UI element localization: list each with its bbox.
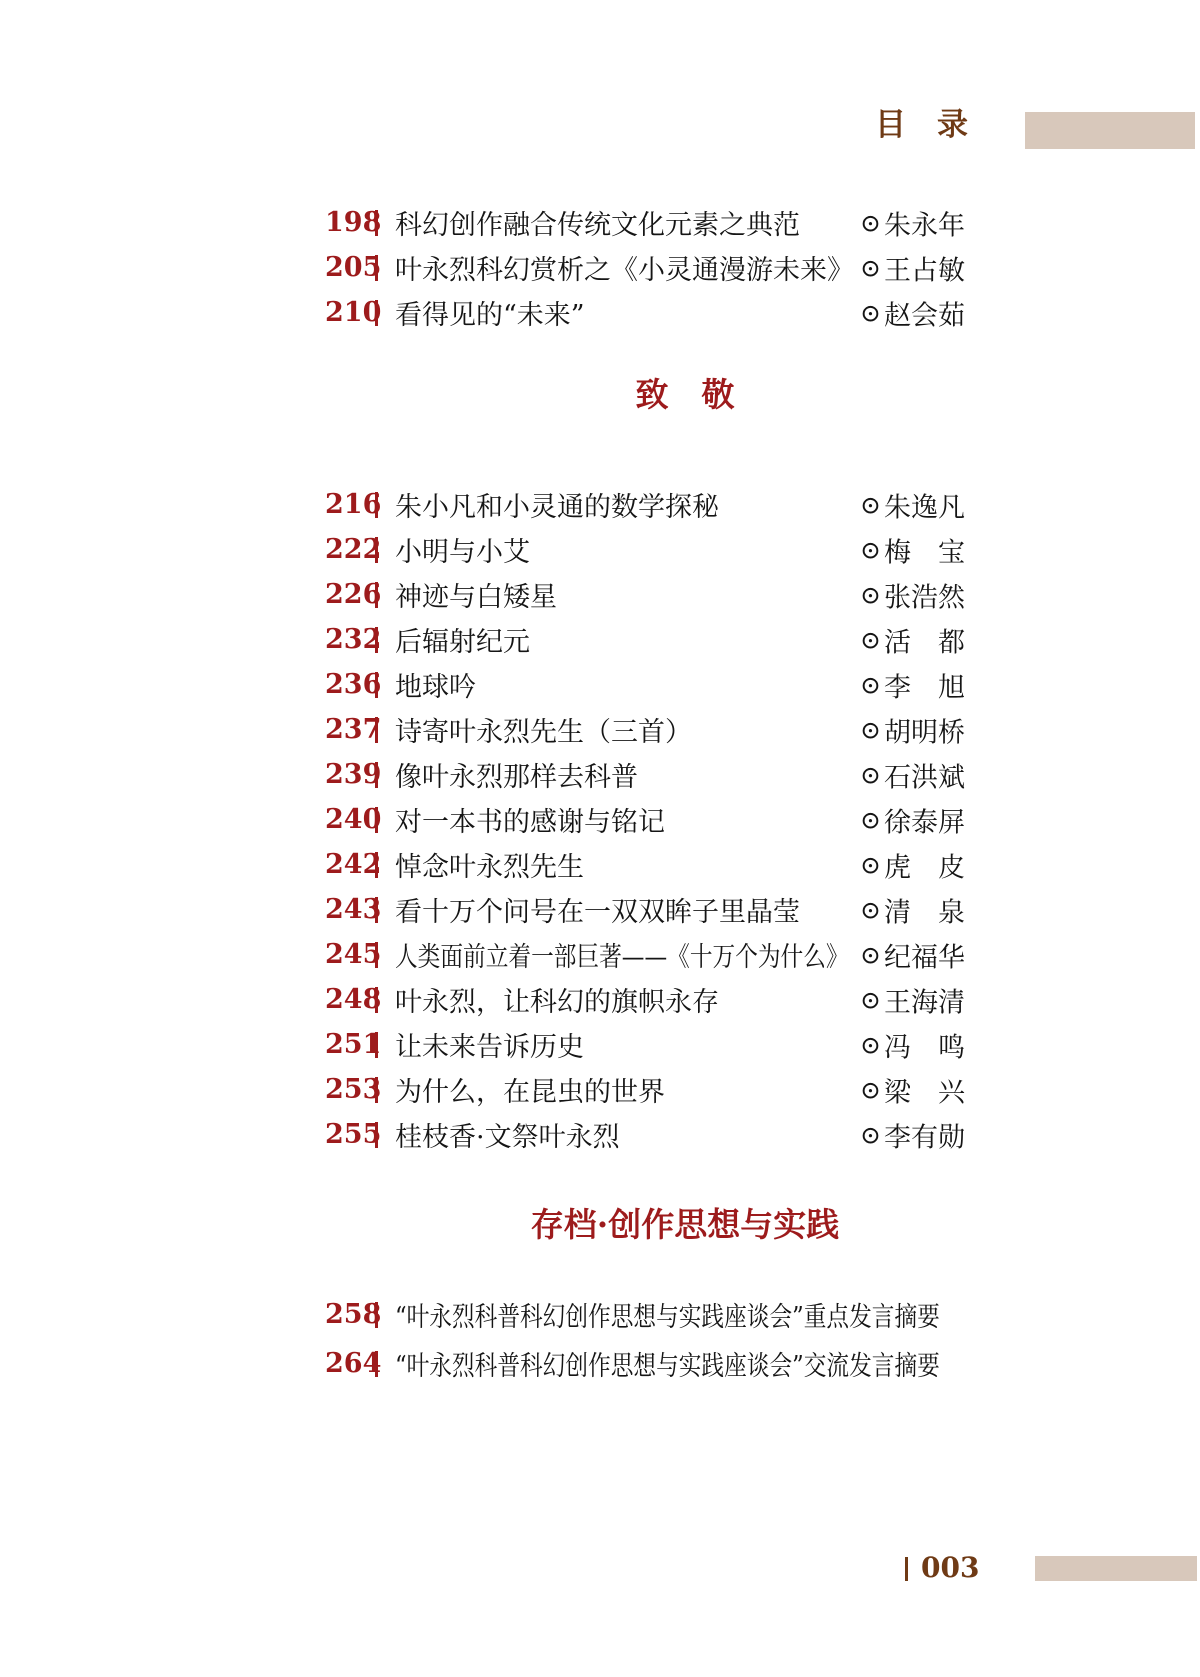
entry-title: 叶永烈科幻赏析之《小灵通漫游未来》	[395, 248, 854, 287]
author-bullet-icon: ⊙	[860, 492, 881, 517]
entry-page-number: 232	[325, 624, 375, 655]
entry-author: ⊙王占敏	[860, 248, 965, 287]
entry-separator-bar	[375, 852, 378, 878]
entry-title: 像叶永烈那样去科普	[395, 755, 638, 794]
entry-separator-bar	[375, 582, 378, 608]
entry-author: ⊙活 都	[860, 620, 965, 659]
entry-page-number: 243	[325, 894, 375, 925]
entry-title: 朱小凡和小灵通的数学探秘	[395, 485, 719, 524]
author-bullet-icon: ⊙	[860, 852, 881, 877]
toc-list: 198科幻创作融合传统文化元素之典范⊙朱永年205叶永烈科幻赏析之《小灵通漫游未…	[325, 0, 965, 1388]
entry-author-name: 王海清	[884, 980, 965, 1019]
author-bullet-icon: ⊙	[860, 942, 881, 967]
entry-separator-bar	[375, 717, 378, 743]
entry-title: “叶永烈科普科幻创作思想与实践座谈会”重点发言摘要	[395, 1295, 940, 1334]
entry-title: 神迹与白矮星	[395, 575, 557, 614]
entry-page-number: 210	[325, 297, 375, 328]
entry-page-number: 255	[325, 1119, 375, 1150]
entry-page-number: 242	[325, 849, 375, 880]
entry-title: 看得见的“未来”	[395, 293, 585, 332]
entry-title: 人类面前立着一部巨著——《十万个为什么》	[395, 935, 849, 974]
toc-entry: 205叶永烈科幻赏析之《小灵通漫游未来》⊙王占敏	[325, 245, 965, 290]
entry-author-name: 徐泰屏	[884, 800, 965, 839]
entry-author-name: 王占敏	[884, 248, 965, 287]
toc-entry: 264“叶永烈科普科幻创作思想与实践座谈会”交流发言摘要	[325, 1339, 965, 1388]
toc-entry: 258“叶永烈科普科幻创作思想与实践座谈会”重点发言摘要	[325, 1290, 965, 1339]
author-bullet-icon: ⊙	[860, 897, 881, 922]
entry-page-number: 239	[325, 759, 375, 790]
entry-separator-bar	[375, 210, 378, 236]
entry-separator-bar	[375, 672, 378, 698]
entry-separator-bar	[375, 537, 378, 563]
author-bullet-icon: ⊙	[860, 1032, 881, 1057]
entry-author: ⊙石洪斌	[860, 755, 965, 794]
entry-author-name: 清 泉	[884, 890, 965, 929]
entry-title: 让未来告诉历史	[395, 1025, 584, 1064]
entry-page-number: 237	[325, 714, 375, 745]
toc-section-group: 258“叶永烈科普科幻创作思想与实践座谈会”重点发言摘要264“叶永烈科普科幻创…	[325, 1290, 965, 1388]
entry-title: “叶永烈科普科幻创作思想与实践座谈会”交流发言摘要	[395, 1344, 940, 1383]
toc-entry: 198科幻创作融合传统文化元素之典范⊙朱永年	[325, 200, 965, 245]
toc-entry: 226神迹与白矮星⊙张浩然	[325, 572, 965, 617]
entry-separator-bar	[375, 942, 378, 968]
entry-author: ⊙李有勋	[860, 1115, 965, 1154]
toc-entry: 248叶永烈，让科幻的旗帜永存⊙王海清	[325, 977, 965, 1022]
entry-page-number: 245	[325, 939, 375, 970]
entry-author-name: 李 旭	[884, 665, 965, 704]
toc-entry: 255桂枝香·文祭叶永烈⊙李有勋	[325, 1112, 965, 1157]
toc-entry: 236地球吟⊙李 旭	[325, 662, 965, 707]
author-bullet-icon: ⊙	[860, 537, 881, 562]
entry-separator-bar	[375, 1351, 378, 1377]
entry-title: 看十万个问号在一双双眸子里晶莹	[395, 890, 800, 929]
entry-separator-bar	[375, 492, 378, 518]
toc-entry: 251让未来告诉历史⊙冯 鸣	[325, 1022, 965, 1067]
entry-separator-bar	[375, 255, 378, 281]
entry-title: 诗寄叶永烈先生（三首）	[395, 710, 692, 749]
author-bullet-icon: ⊙	[860, 1122, 881, 1147]
entry-separator-bar	[375, 897, 378, 923]
entry-title: 后辐射纪元	[395, 620, 530, 659]
entry-author-name: 胡明桥	[884, 710, 965, 749]
entry-page-number: 205	[325, 252, 375, 283]
toc-entry: 240对一本书的感谢与铭记⊙徐泰屏	[325, 797, 965, 842]
entry-author: ⊙王海清	[860, 980, 965, 1019]
entry-author: ⊙梅 宝	[860, 530, 965, 569]
entry-separator-bar	[375, 987, 378, 1013]
toc-entry: 243看十万个问号在一双双眸子里晶莹⊙清 泉	[325, 887, 965, 932]
entry-page-number: 198	[325, 207, 375, 238]
entry-page-number: 216	[325, 489, 375, 520]
entry-author-name: 朱永年	[884, 203, 965, 242]
entry-author: ⊙朱逸凡	[860, 485, 965, 524]
toc-section-group: 198科幻创作融合传统文化元素之典范⊙朱永年205叶永烈科幻赏析之《小灵通漫游未…	[325, 200, 965, 335]
entry-author: ⊙虎 皮	[860, 845, 965, 884]
entry-author: ⊙朱永年	[860, 203, 965, 242]
entry-author-name: 活 都	[884, 620, 965, 659]
toc-page: 目 录 198科幻创作融合传统文化元素之典范⊙朱永年205叶永烈科幻赏析之《小灵…	[0, 0, 1200, 1677]
toc-entry: 242悼念叶永烈先生⊙虎 皮	[325, 842, 965, 887]
entry-title: 对一本书的感谢与铭记	[395, 800, 665, 839]
entry-author-name: 虎 皮	[884, 845, 965, 884]
entry-page-number: 222	[325, 534, 375, 565]
entry-author: ⊙梁 兴	[860, 1070, 965, 1109]
toc-entry: 245人类面前立着一部巨著——《十万个为什么》⊙纪福华	[325, 932, 965, 977]
entry-page-number: 258	[325, 1299, 375, 1330]
entry-page-number: 253	[325, 1074, 375, 1105]
author-bullet-icon: ⊙	[860, 672, 881, 697]
author-bullet-icon: ⊙	[860, 1077, 881, 1102]
author-bullet-icon: ⊙	[860, 807, 881, 832]
toc-entry: 222小明与小艾⊙梅 宝	[325, 527, 965, 572]
entry-page-number: 251	[325, 1029, 375, 1060]
entry-title: 悼念叶永烈先生	[395, 845, 584, 884]
entry-author: ⊙李 旭	[860, 665, 965, 704]
toc-entry: 232后辐射纪元⊙活 都	[325, 617, 965, 662]
toc-section-group: 216朱小凡和小灵通的数学探秘⊙朱逸凡222小明与小艾⊙梅 宝226神迹与白矮星…	[325, 482, 965, 1157]
author-bullet-icon: ⊙	[860, 762, 881, 787]
author-bullet-icon: ⊙	[860, 300, 881, 325]
entry-author-name: 朱逸凡	[884, 485, 965, 524]
toc-entry: 237诗寄叶永烈先生（三首）⊙胡明桥	[325, 707, 965, 752]
entry-author-name: 梁 兴	[884, 1070, 965, 1109]
entry-separator-bar	[375, 627, 378, 653]
entry-title: 叶永烈，让科幻的旗帜永存	[395, 980, 719, 1019]
author-bullet-icon: ⊙	[860, 987, 881, 1012]
toc-entry: 253为什么，在昆虫的世界⊙梁 兴	[325, 1067, 965, 1112]
entry-author: ⊙胡明桥	[860, 710, 965, 749]
entry-separator-bar	[375, 807, 378, 833]
entry-separator-bar	[375, 1122, 378, 1148]
header-decorative-bar	[1025, 112, 1195, 149]
entry-page-number: 248	[325, 984, 375, 1015]
entry-title: 小明与小艾	[395, 530, 530, 569]
entry-author: ⊙纪福华	[860, 935, 965, 974]
author-bullet-icon: ⊙	[860, 210, 881, 235]
entry-separator-bar	[375, 1032, 378, 1058]
section-heading: 存档·创作思想与实践	[325, 1202, 965, 1248]
entry-author-name: 冯 鸣	[884, 1025, 965, 1064]
entry-title: 科幻创作融合传统文化元素之典范	[395, 203, 800, 242]
entry-page-number: 226	[325, 579, 375, 610]
entry-title: 桂枝香·文祭叶永烈	[395, 1115, 620, 1154]
footer-page-number: 003	[921, 1551, 979, 1585]
entry-author-name: 赵会茹	[884, 293, 965, 332]
entry-page-number: 240	[325, 804, 375, 835]
toc-entry: 216朱小凡和小灵通的数学探秘⊙朱逸凡	[325, 482, 965, 527]
entry-author-name: 张浩然	[884, 575, 965, 614]
author-bullet-icon: ⊙	[860, 627, 881, 652]
entry-title: 为什么，在昆虫的世界	[395, 1070, 665, 1109]
toc-entry: 239像叶永烈那样去科普⊙石洪斌	[325, 752, 965, 797]
entry-author-name: 梅 宝	[884, 530, 965, 569]
entry-author-name: 纪福华	[884, 935, 965, 974]
footer-decorative-bar	[1035, 1556, 1197, 1581]
entry-author: ⊙赵会茹	[860, 293, 965, 332]
toc-entry: 210看得见的“未来”⊙赵会茹	[325, 290, 965, 335]
entry-author: ⊙张浩然	[860, 575, 965, 614]
entry-separator-bar	[375, 300, 378, 326]
entry-author: ⊙冯 鸣	[860, 1025, 965, 1064]
entry-title: 地球吟	[395, 665, 476, 704]
entry-author-name: 石洪斌	[884, 755, 965, 794]
entry-separator-bar	[375, 1077, 378, 1103]
entry-author: ⊙清 泉	[860, 890, 965, 929]
footer-divider	[905, 1557, 908, 1581]
entry-page-number: 236	[325, 669, 375, 700]
section-heading: 致 敬	[325, 372, 965, 418]
author-bullet-icon: ⊙	[860, 582, 881, 607]
entry-author: ⊙徐泰屏	[860, 800, 965, 839]
author-bullet-icon: ⊙	[860, 255, 881, 280]
entry-page-number: 264	[325, 1348, 375, 1379]
entry-separator-bar	[375, 762, 378, 788]
author-bullet-icon: ⊙	[860, 717, 881, 742]
entry-separator-bar	[375, 1302, 378, 1328]
entry-author-name: 李有勋	[884, 1115, 965, 1154]
